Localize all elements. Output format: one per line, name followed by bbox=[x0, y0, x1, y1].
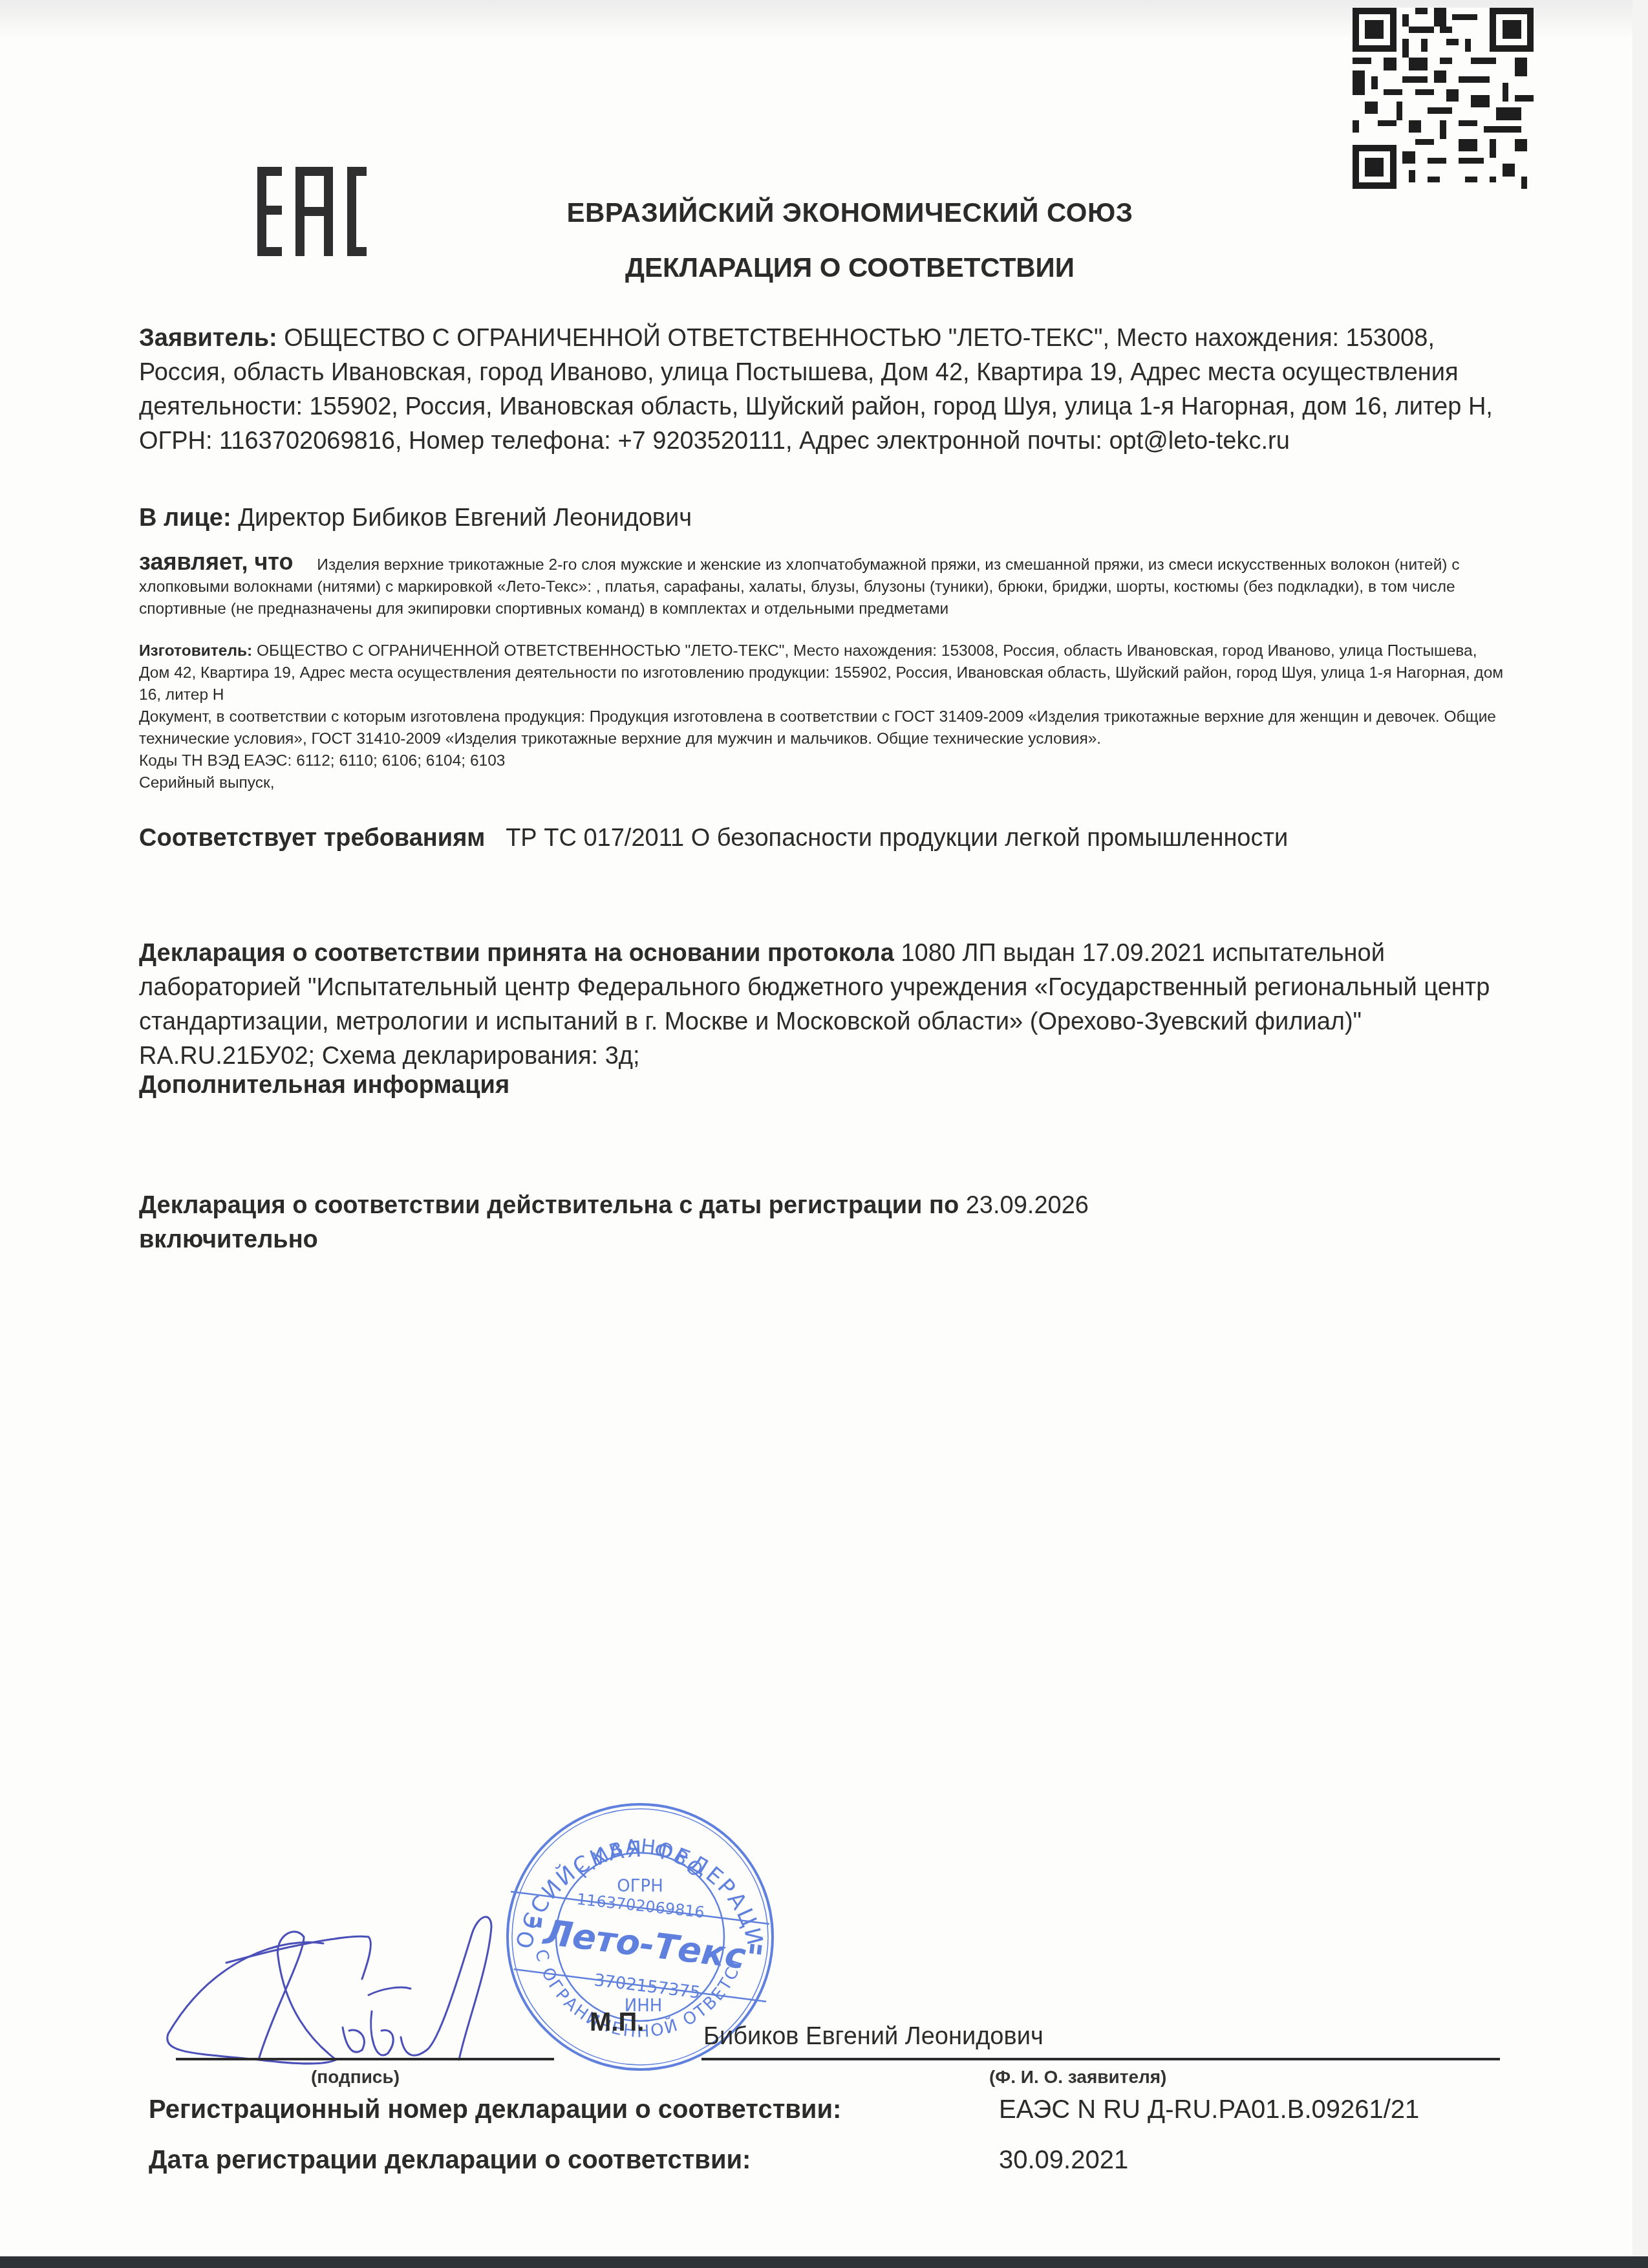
representative-text: Директор Бибиков Евгений Леонидович bbox=[238, 504, 692, 532]
applicant-section: Заявитель: ОБЩЕСТВО С ОГРАНИЧЕННОЙ ОТВЕТ… bbox=[139, 321, 1510, 459]
hs-codes: Коды ТН ВЭД ЕАЭС: 6112; 6110; 6106; 6104… bbox=[139, 750, 1510, 772]
signature-caption: (подпись) bbox=[311, 2067, 400, 2088]
conformity-label: Соответствует требованиям bbox=[139, 825, 485, 852]
applicant-label: Заявитель: bbox=[139, 325, 277, 352]
declaration-title: ДЕКЛАРАЦИЯ О СООТВЕТСТВИИ bbox=[0, 252, 1648, 283]
svg-text:ОГРН: ОГРН bbox=[617, 1877, 663, 1896]
qr-code-icon[interactable] bbox=[1353, 8, 1534, 189]
additional-info-label: Дополнительная информация bbox=[139, 1072, 509, 1099]
manufacturer-section: Изготовитель: ОБЩЕСТВО С ОГРАНИЧЕННОЙ ОТ… bbox=[139, 640, 1510, 794]
release-type: Серийный выпуск, bbox=[139, 772, 1510, 794]
manufacturer-label: Изготовитель: bbox=[139, 642, 252, 660]
manufacturer-text: ОБЩЕСТВО С ОГРАНИЧЕННОЙ ОТВЕТСТВЕННОСТЬЮ… bbox=[139, 642, 1503, 704]
registration-date: 30.09.2021 bbox=[999, 2146, 1128, 2175]
representative-section: В лице: Директор Бибиков Евгений Леонидо… bbox=[139, 501, 1510, 535]
declares-label: заявляет, что bbox=[139, 548, 294, 575]
registration-number-label: Регистрационный номер декларации о соотв… bbox=[149, 2095, 841, 2124]
stamp-place-label: М.П. bbox=[590, 2008, 644, 2037]
applicant-text: ОБЩЕСТВО С ОГРАНИЧЕННОЙ ОТВЕТСТВЕННОСТЬЮ… bbox=[139, 325, 1493, 455]
registration-date-label: Дата регистрации декларации о соответств… bbox=[149, 2146, 751, 2175]
name-caption: (Ф. И. О. заявителя) bbox=[989, 2067, 1166, 2088]
declares-text: Изделия верхние трикотажные 2-го слоя му… bbox=[139, 556, 1460, 618]
declares-section: заявляет, что Изделия верхние трикотажны… bbox=[139, 551, 1510, 620]
conformity-section: Соответствует требованиям ТР ТС 017/2011… bbox=[139, 821, 1367, 856]
union-title: ЕВРАЗИЙСКИЙ ЭКОНОМИЧЕСКИЙ СОЮЗ bbox=[0, 197, 1648, 228]
additional-info-section: Дополнительная информация bbox=[139, 1068, 1510, 1103]
scan-edge-right bbox=[1632, 0, 1648, 2257]
handwritten-signature-icon bbox=[155, 1898, 517, 2066]
representative-label: В лице: bbox=[139, 504, 231, 532]
signer-name: Бибиков Евгений Леонидович bbox=[703, 2023, 1043, 2051]
protocol-section: Декларация о соответствии принята на осн… bbox=[139, 936, 1510, 1074]
signature-line bbox=[176, 2058, 554, 2060]
validity-section: Декларация о соответствии действительна … bbox=[139, 1189, 1367, 1257]
protocol-label: Декларация о соответствии принята на осн… bbox=[139, 940, 894, 967]
name-line bbox=[701, 2058, 1500, 2060]
validity-date: 23.09.2026 bbox=[966, 1192, 1089, 1219]
validity-suffix: включительно bbox=[139, 1226, 318, 1253]
conformity-text: ТР ТС 017/2011 О безопасности продукции … bbox=[506, 825, 1288, 852]
validity-label: Декларация о соответствии действительна … bbox=[139, 1192, 959, 1219]
scan-edge-bottom bbox=[0, 2256, 1648, 2268]
registration-number: ЕАЭС N RU Д-RU.РА01.В.09261/21 bbox=[999, 2095, 1419, 2124]
manufacturing-document: Документ, в соответствии с которым изгот… bbox=[139, 706, 1510, 750]
